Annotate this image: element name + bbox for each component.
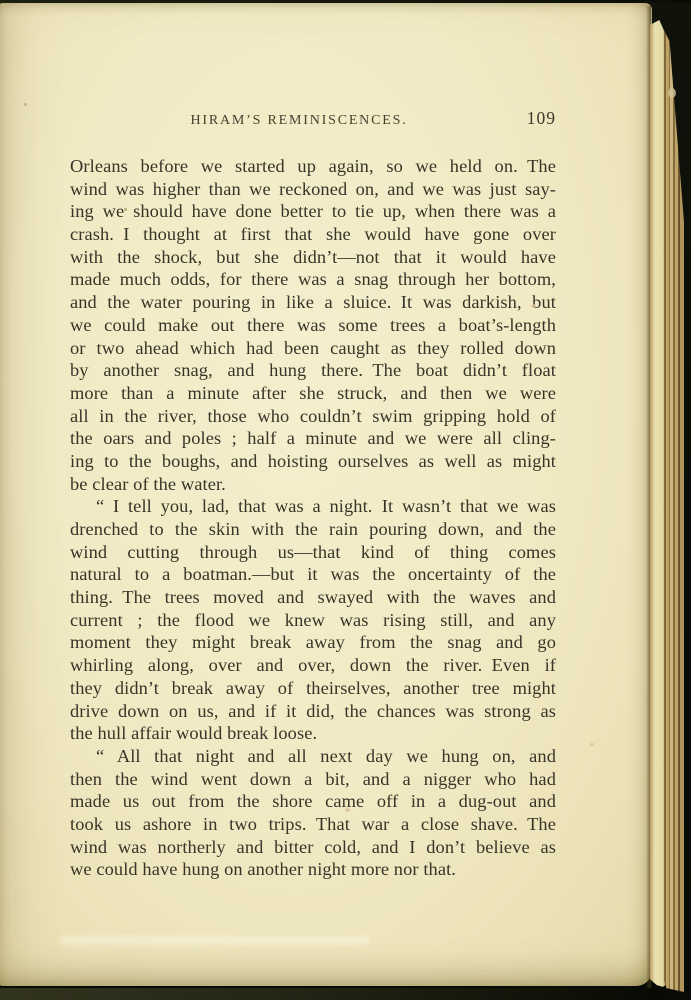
text-line: made much odds, for there was a snag thr… bbox=[70, 268, 556, 291]
paper-speck bbox=[590, 743, 594, 746]
text-line: wind was northerly and bitter cold, and … bbox=[70, 836, 556, 859]
text-line: “ All that night and all next day we hun… bbox=[70, 745, 556, 768]
text-line: the hull affair would break loose. bbox=[70, 722, 556, 745]
paragraph: “ All that night and all next day we hun… bbox=[70, 745, 556, 881]
text-line: Orleans before we started up again, so w… bbox=[70, 155, 556, 178]
text-line: by another snag, and hung there. The boa… bbox=[70, 359, 556, 382]
text-line: ing we should have done better to tie up… bbox=[70, 200, 556, 223]
text-line: took us ashore in two trips. That war a … bbox=[70, 813, 556, 836]
running-head-title: HIRAM’S REMINISCENCES. bbox=[191, 113, 408, 129]
scanned-book-photo: HIRAM’S REMINISCENCES. 109 Orleans befor… bbox=[0, 0, 691, 1000]
text-line: made us out from the shore came off in a… bbox=[70, 790, 556, 813]
book-page: HIRAM’S REMINISCENCES. 109 Orleans befor… bbox=[0, 3, 652, 986]
text-line: they didn’t break away of theirselves, a… bbox=[70, 677, 556, 700]
text-line: whirling along, over and over, down the … bbox=[70, 654, 556, 677]
page-number: 109 bbox=[527, 108, 556, 129]
show-through-mark bbox=[60, 936, 370, 945]
paragraph: “ I tell you, lad, that was a night. It … bbox=[70, 495, 556, 745]
text-line: “ I tell you, lad, that was a night. It … bbox=[70, 495, 556, 518]
text-line: all in the river, those who couldn’t swi… bbox=[70, 405, 556, 428]
text-line: we could have hung on another night more… bbox=[70, 858, 556, 881]
text-line: drive down on us, and if it did, the cha… bbox=[70, 700, 556, 723]
text-line: wind cutting through us—that kind of thi… bbox=[70, 541, 556, 564]
text-line: then the wind went down a bit, and a nig… bbox=[70, 768, 556, 791]
paragraph: Orleans before we started up again, so w… bbox=[70, 155, 556, 495]
text-line: thing. The trees moved and swayed with t… bbox=[70, 586, 556, 609]
scanner-top-shadow bbox=[0, 0, 691, 3]
text-line: with the shock, but she didn’t—not that … bbox=[70, 246, 556, 269]
text-line: more than a minute after she struck, and… bbox=[70, 382, 556, 405]
text-block: Orleans before we started up again, so w… bbox=[70, 155, 556, 881]
page-corner-glint bbox=[668, 88, 676, 98]
paper-speck bbox=[345, 808, 350, 812]
text-column: HIRAM’S REMINISCENCES. 109 Orleans befor… bbox=[70, 111, 556, 881]
scanner-bottom-shadow bbox=[0, 988, 661, 1000]
paper-speck bbox=[531, 304, 536, 308]
running-head: HIRAM’S REMINISCENCES. 109 bbox=[70, 111, 556, 133]
text-line: drenched to the skin with the rain pouri… bbox=[70, 518, 556, 541]
text-line: and the water pouring in like a sluice. … bbox=[70, 291, 556, 314]
text-line: moment they might break away from the sn… bbox=[70, 631, 556, 654]
text-line: or two ahead which had been caught as th… bbox=[70, 337, 556, 360]
text-line: be clear of the water. bbox=[70, 473, 556, 496]
text-line: current ; the flood we knew was rising s… bbox=[70, 609, 556, 632]
paper-speck bbox=[124, 208, 127, 211]
text-line: ing to the boughs, and hoisting ourselve… bbox=[70, 450, 556, 473]
text-line: natural to a boatman.—but it was the onc… bbox=[70, 563, 556, 586]
text-line: wind was higher than we reckoned on, and… bbox=[70, 178, 556, 201]
stacked-page-edges bbox=[664, 30, 684, 992]
paper-speck bbox=[24, 103, 27, 106]
text-line: the oars and poles ; half a minute and w… bbox=[70, 427, 556, 450]
text-line: we could make out there was some trees a… bbox=[70, 314, 556, 337]
text-line: crash. I thought at first that she would… bbox=[70, 223, 556, 246]
